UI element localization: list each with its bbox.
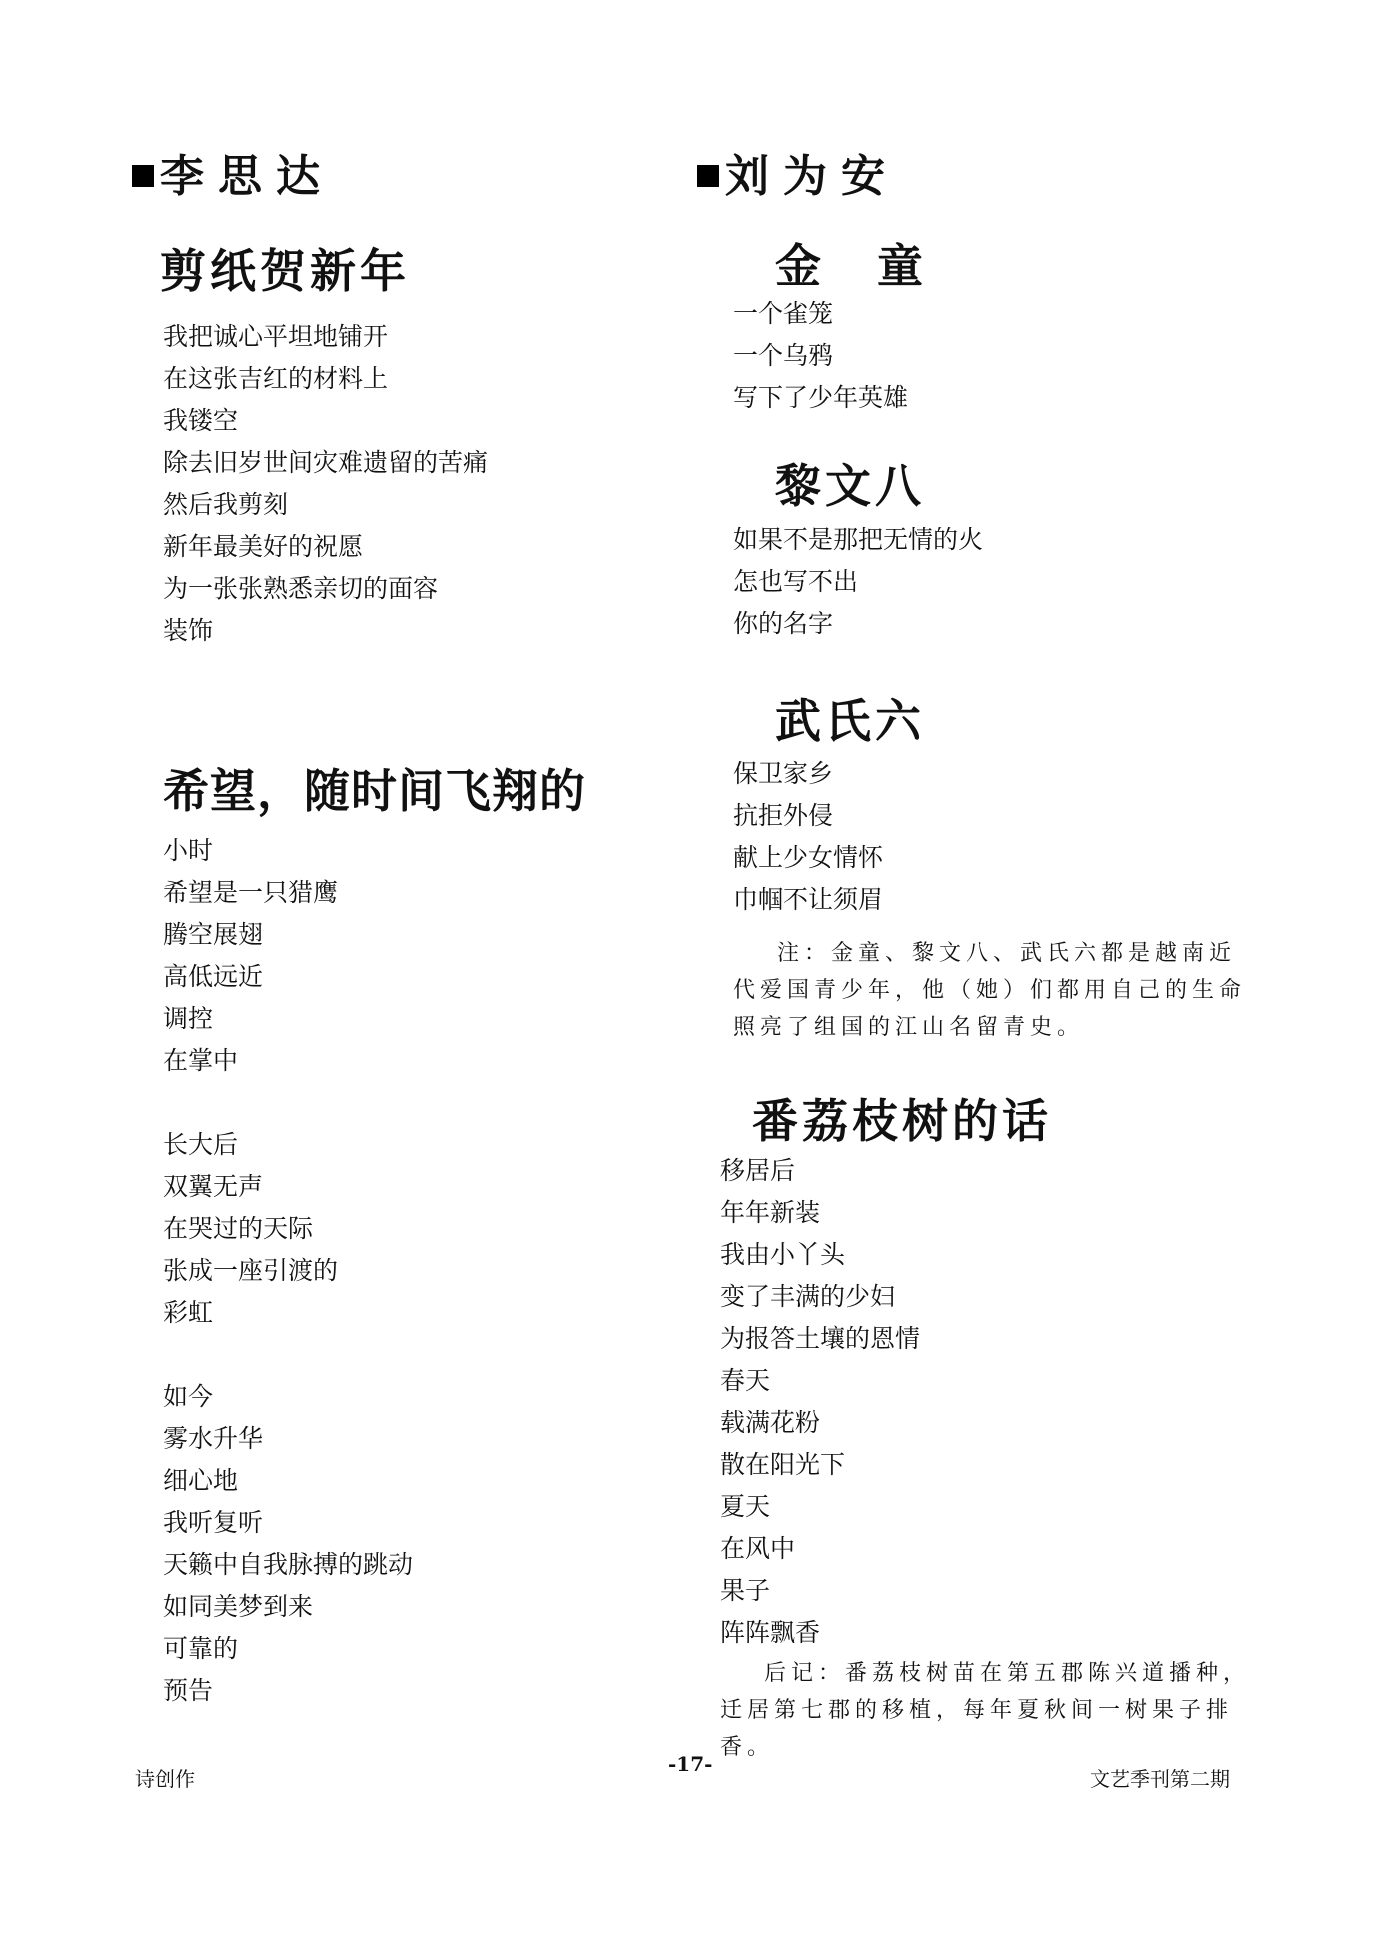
poem-line: 我由小丫头 xyxy=(720,1234,920,1276)
poem-line: 在掌中 xyxy=(163,1040,413,1082)
note-text: 注：金童、黎文八、武氏六都是越南近代爱国青少年，他（她）们都用自己的生命照亮了组… xyxy=(733,935,1253,1046)
poem-line: 希望是一只猎鹰 xyxy=(163,872,413,914)
square-bullet-icon xyxy=(697,165,719,187)
poem-title: 武氏六 xyxy=(775,685,925,751)
poem-line: 果子 xyxy=(720,1570,920,1612)
poem-line: 巾帼不让须眉 xyxy=(733,879,883,921)
poem-line: 夏天 xyxy=(720,1486,920,1528)
poem-line: 双翼无声 xyxy=(163,1166,413,1208)
poem-line: 如果不是那把无情的火 xyxy=(733,519,983,561)
poem-line: 抗拒外侵 xyxy=(733,795,883,837)
poem-line: 除去旧岁世间灾难遗留的苦痛 xyxy=(163,442,488,484)
poem-line: 你的名字 xyxy=(733,603,983,645)
poem-line: 如今 xyxy=(163,1376,413,1418)
poem-line: 我把诚心平坦地铺开 xyxy=(163,316,488,358)
footer-section: 诗创作 xyxy=(135,1763,195,1792)
poem-line: 我镂空 xyxy=(163,400,488,442)
poem-line: 春天 xyxy=(720,1360,920,1402)
poem-title: 剪纸贺新年 xyxy=(160,235,410,301)
poem-line: 载满花粉 xyxy=(720,1402,920,1444)
afterword-text: 后记：番荔枝树苗在第五郡陈兴道播种，迁居第七郡的移植，每年夏秋间一树果子排香。 xyxy=(720,1655,1260,1766)
poem-body: 保卫家乡抗拒外侵献上少女情怀巾帼不让须眉 xyxy=(733,753,883,921)
square-bullet-icon xyxy=(132,165,154,187)
poem-line xyxy=(163,1082,413,1124)
poem-line: 我听复听 xyxy=(163,1502,413,1544)
poem-line: 为报答土壤的恩情 xyxy=(720,1318,920,1360)
poem-line: 长大后 xyxy=(163,1124,413,1166)
poem-line: 细心地 xyxy=(163,1460,413,1502)
poem-line: 在这张吉红的材料上 xyxy=(163,358,488,400)
poem-body: 我把诚心平坦地铺开在这张吉红的材料上我镂空除去旧岁世间灾难遗留的苦痛然后我剪刻新… xyxy=(163,316,488,652)
poem-line: 如同美梦到来 xyxy=(163,1586,413,1628)
poem-line: 高低远近 xyxy=(163,956,413,998)
poem-title: 金 童 xyxy=(775,230,943,296)
poem-line: 散在阳光下 xyxy=(720,1444,920,1486)
poem-title: 希望，随时间飞翔的 xyxy=(163,755,586,821)
poem-line: 装饰 xyxy=(163,610,488,652)
poem-line: 在哭过的天际 xyxy=(163,1208,413,1250)
poem-line: 可靠的 xyxy=(163,1628,413,1670)
poem-body: 一个雀笼一个乌鸦写下了少年英雄 xyxy=(733,293,908,419)
poem-line: 小时 xyxy=(163,830,413,872)
poem-line: 阵阵飘香 xyxy=(720,1612,920,1654)
poem-line xyxy=(163,1334,413,1376)
poem-line: 调控 xyxy=(163,998,413,1040)
poem-line: 写下了少年英雄 xyxy=(733,377,908,419)
poem-line: 张成一座引渡的 xyxy=(163,1250,413,1292)
poem-line: 天籁中自我脉搏的跳动 xyxy=(163,1544,413,1586)
poem-line: 年年新装 xyxy=(720,1192,920,1234)
poem-line: 然后我剪刻 xyxy=(163,484,488,526)
poem-body: 小时希望是一只猎鹰腾空展翅高低远近调控在掌中 长大后双翼无声在哭过的天际张成一座… xyxy=(163,830,413,1712)
poem-line: 移居后 xyxy=(720,1150,920,1192)
poem-line: 保卫家乡 xyxy=(733,753,883,795)
poem-line: 彩虹 xyxy=(163,1292,413,1334)
poem-line: 预告 xyxy=(163,1670,413,1712)
author-name: 李思达 xyxy=(160,151,334,202)
poem-line: 献上少女情怀 xyxy=(733,837,883,879)
poem-line: 怎也写不出 xyxy=(733,561,983,603)
poem-line: 一个雀笼 xyxy=(733,293,908,335)
page-number: -17- xyxy=(668,1752,712,1776)
poem-body: 移居后年年新装我由小丫头变了丰满的少妇为报答土壤的恩情春天载满花粉散在阳光下夏天… xyxy=(720,1150,920,1654)
author-right: 刘为安 xyxy=(697,140,899,204)
poem-line: 在风中 xyxy=(720,1528,920,1570)
poem-line: 变了丰满的少妇 xyxy=(720,1276,920,1318)
footer-journal: 文艺季刊第二期 xyxy=(1090,1763,1230,1792)
poem-line: 为一张张熟悉亲切的面容 xyxy=(163,568,488,610)
author-left: 李思达 xyxy=(132,140,334,204)
poem-line: 腾空展翅 xyxy=(163,914,413,956)
poem-body: 如果不是那把无情的火怎也写不出你的名字 xyxy=(733,519,983,645)
author-name: 刘为安 xyxy=(725,151,899,202)
poem-title: 黎文八 xyxy=(775,450,925,516)
poem-line: 一个乌鸦 xyxy=(733,335,908,377)
poem-title: 番荔枝树的话 xyxy=(752,1085,1052,1151)
poem-line: 新年最美好的祝愿 xyxy=(163,526,488,568)
poem-line: 雾水升华 xyxy=(163,1418,413,1460)
